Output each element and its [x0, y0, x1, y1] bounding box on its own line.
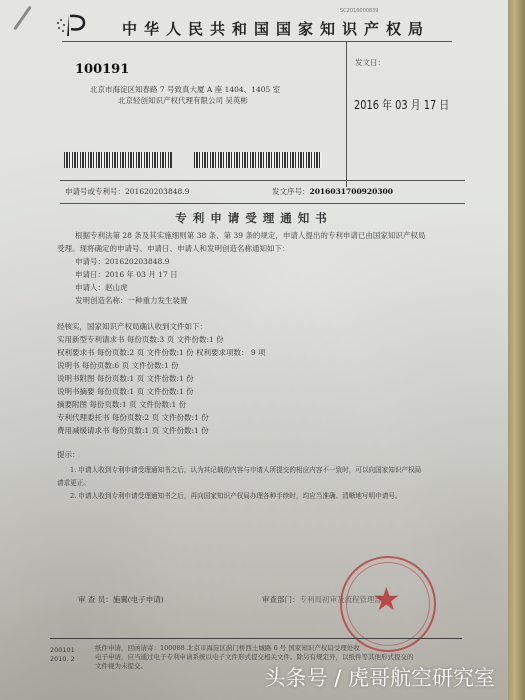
application-field: 申请号：201620203848.9 — [75, 256, 169, 267]
barcode-application — [64, 152, 172, 168]
footer-rule — [50, 638, 462, 639]
send-date-label: 发文日： — [355, 57, 385, 68]
document-item: 摘要附图 每份页数:1 页 文件份数:1 份 — [57, 399, 186, 410]
footer-line: 纸件申请，回函请寄：100088 北京市海淀区蓟门桥西土城路 6 号 国家知识产… — [95, 643, 360, 652]
application-number: 申请号或专利号：201620203848.9 — [65, 186, 189, 197]
recipient-address: 北京市海淀区知春路 7 号致真大厦 A 座 1404、1405 室 — [90, 84, 280, 95]
examiner-label: 审 查 员： — [78, 595, 113, 604]
application-field: 发明创造名称：一种重力发生装置 — [75, 295, 188, 306]
staple-icon — [13, 6, 32, 31]
field-label: 发明创造名称： — [75, 296, 128, 305]
serial-value: 2016031700920300 — [310, 187, 394, 196]
send-date-value: 2016 年 03 月 17 日 — [354, 96, 449, 113]
barcode-serial — [194, 152, 322, 168]
documents-intro: 经核实，国家知识产权局确认收到文件如下： — [57, 321, 207, 332]
form-code: 200101 — [50, 646, 75, 654]
tips-label: 提示： — [57, 449, 80, 460]
tip-1-cont: 请求更正。 — [57, 477, 90, 487]
field-value: 赵山虎 — [105, 283, 128, 292]
watermark: 头条号 / 虎哥航空研究室 — [265, 662, 495, 692]
application-field: 申请人：赵山虎 — [75, 282, 128, 293]
field-value: 2016 年 03 月 17 日 — [105, 270, 178, 279]
cnipa-logo-icon — [55, 13, 89, 37]
field-value: 201620203848.9 — [105, 257, 169, 266]
field-value: 一种重力发生装置 — [128, 296, 188, 305]
address-box-divider — [346, 41, 347, 187]
app-no-label: 申请号或专利号： — [65, 187, 125, 196]
tip-1: 1. 申请人收到专利申请受理通知书之后，认为其记载的内容与申请人所提交的相应内容… — [70, 464, 421, 474]
app-no-value: 201620203848.9 — [125, 187, 189, 196]
meta-top-rule — [60, 180, 465, 181]
tip-2: 2. 申请人收到专利申请受理通知书之后，再向国家知识产权局办理各种手续时，均应当… — [70, 490, 401, 500]
footer-line: 电子申请，应当通过电子专利申请系统以电子文件形式提交相关文件。除另有规定外，以纸… — [95, 652, 414, 661]
postal-code: 100191 — [75, 62, 129, 77]
star-icon: ★ — [372, 580, 401, 618]
document-item: 说明书摘要 每份页数:1 页 文件份数:1 份 — [57, 386, 194, 397]
document-item: 说明书附图 每份页数:1 页 文件份数:1 份 — [57, 373, 194, 384]
meta-bottom-rule — [60, 203, 465, 204]
recipient-agent: 北京轻创知识产权代理有限公司 吴英彬 — [118, 95, 248, 106]
application-field: 申请日：2016 年 03 月 17 日 — [75, 269, 178, 280]
document-item: 费用减缓请求书 每份页数:1 页 文件份数:1 份 — [57, 425, 209, 436]
document-item: 专利代理委托书 每份页数:2 页 文件份数:1 份 — [57, 412, 209, 423]
department-label: 审查部门： — [262, 595, 300, 604]
form-version: 2010. 2 — [50, 655, 75, 663]
field-label: 申请号： — [75, 257, 105, 266]
examiner-value: 施翼(电子申请) — [113, 595, 164, 604]
examiner: 审 查 员：施翼(电子申请) — [78, 594, 164, 605]
notice-title: 专利申请受理通知书 — [0, 210, 508, 226]
document-code: SC2016000839 — [340, 8, 378, 14]
footer-line: 文件视为未提交。 — [95, 661, 147, 670]
serial-number: 发文序号：2016031700920300 — [272, 186, 393, 197]
agency-name: 中华人民共和国国家知识产权局 — [122, 18, 430, 39]
document-item: 实用新型专利请求书 每份页数:3 页 文件份数:1 份 — [57, 334, 224, 345]
document-item: 说明书 每份页数:6 页 文件份数:1 份 — [57, 360, 179, 371]
notice-paper: SC2016000839 中华人民共和国国家知识产权局 100191 北京市海淀… — [0, 0, 508, 700]
table-edge — [508, 0, 525, 700]
header-rule — [62, 41, 452, 42]
field-label: 申请人： — [75, 283, 105, 292]
intro-line: 受理。现将确定的申请号、申请日、申请人和发明创造名称通知如下： — [57, 243, 290, 254]
intro-line: 根据专利法第 28 条及其实施细则第 38 条、第 39 条的规定，申请人提出的… — [75, 230, 425, 241]
field-label: 申请日： — [75, 270, 105, 279]
document-item: 权利要求书 每份页数:2 页 文件份数:1 份 权利要求项数： 9 项 — [57, 347, 266, 358]
serial-label: 发文序号： — [272, 187, 310, 196]
